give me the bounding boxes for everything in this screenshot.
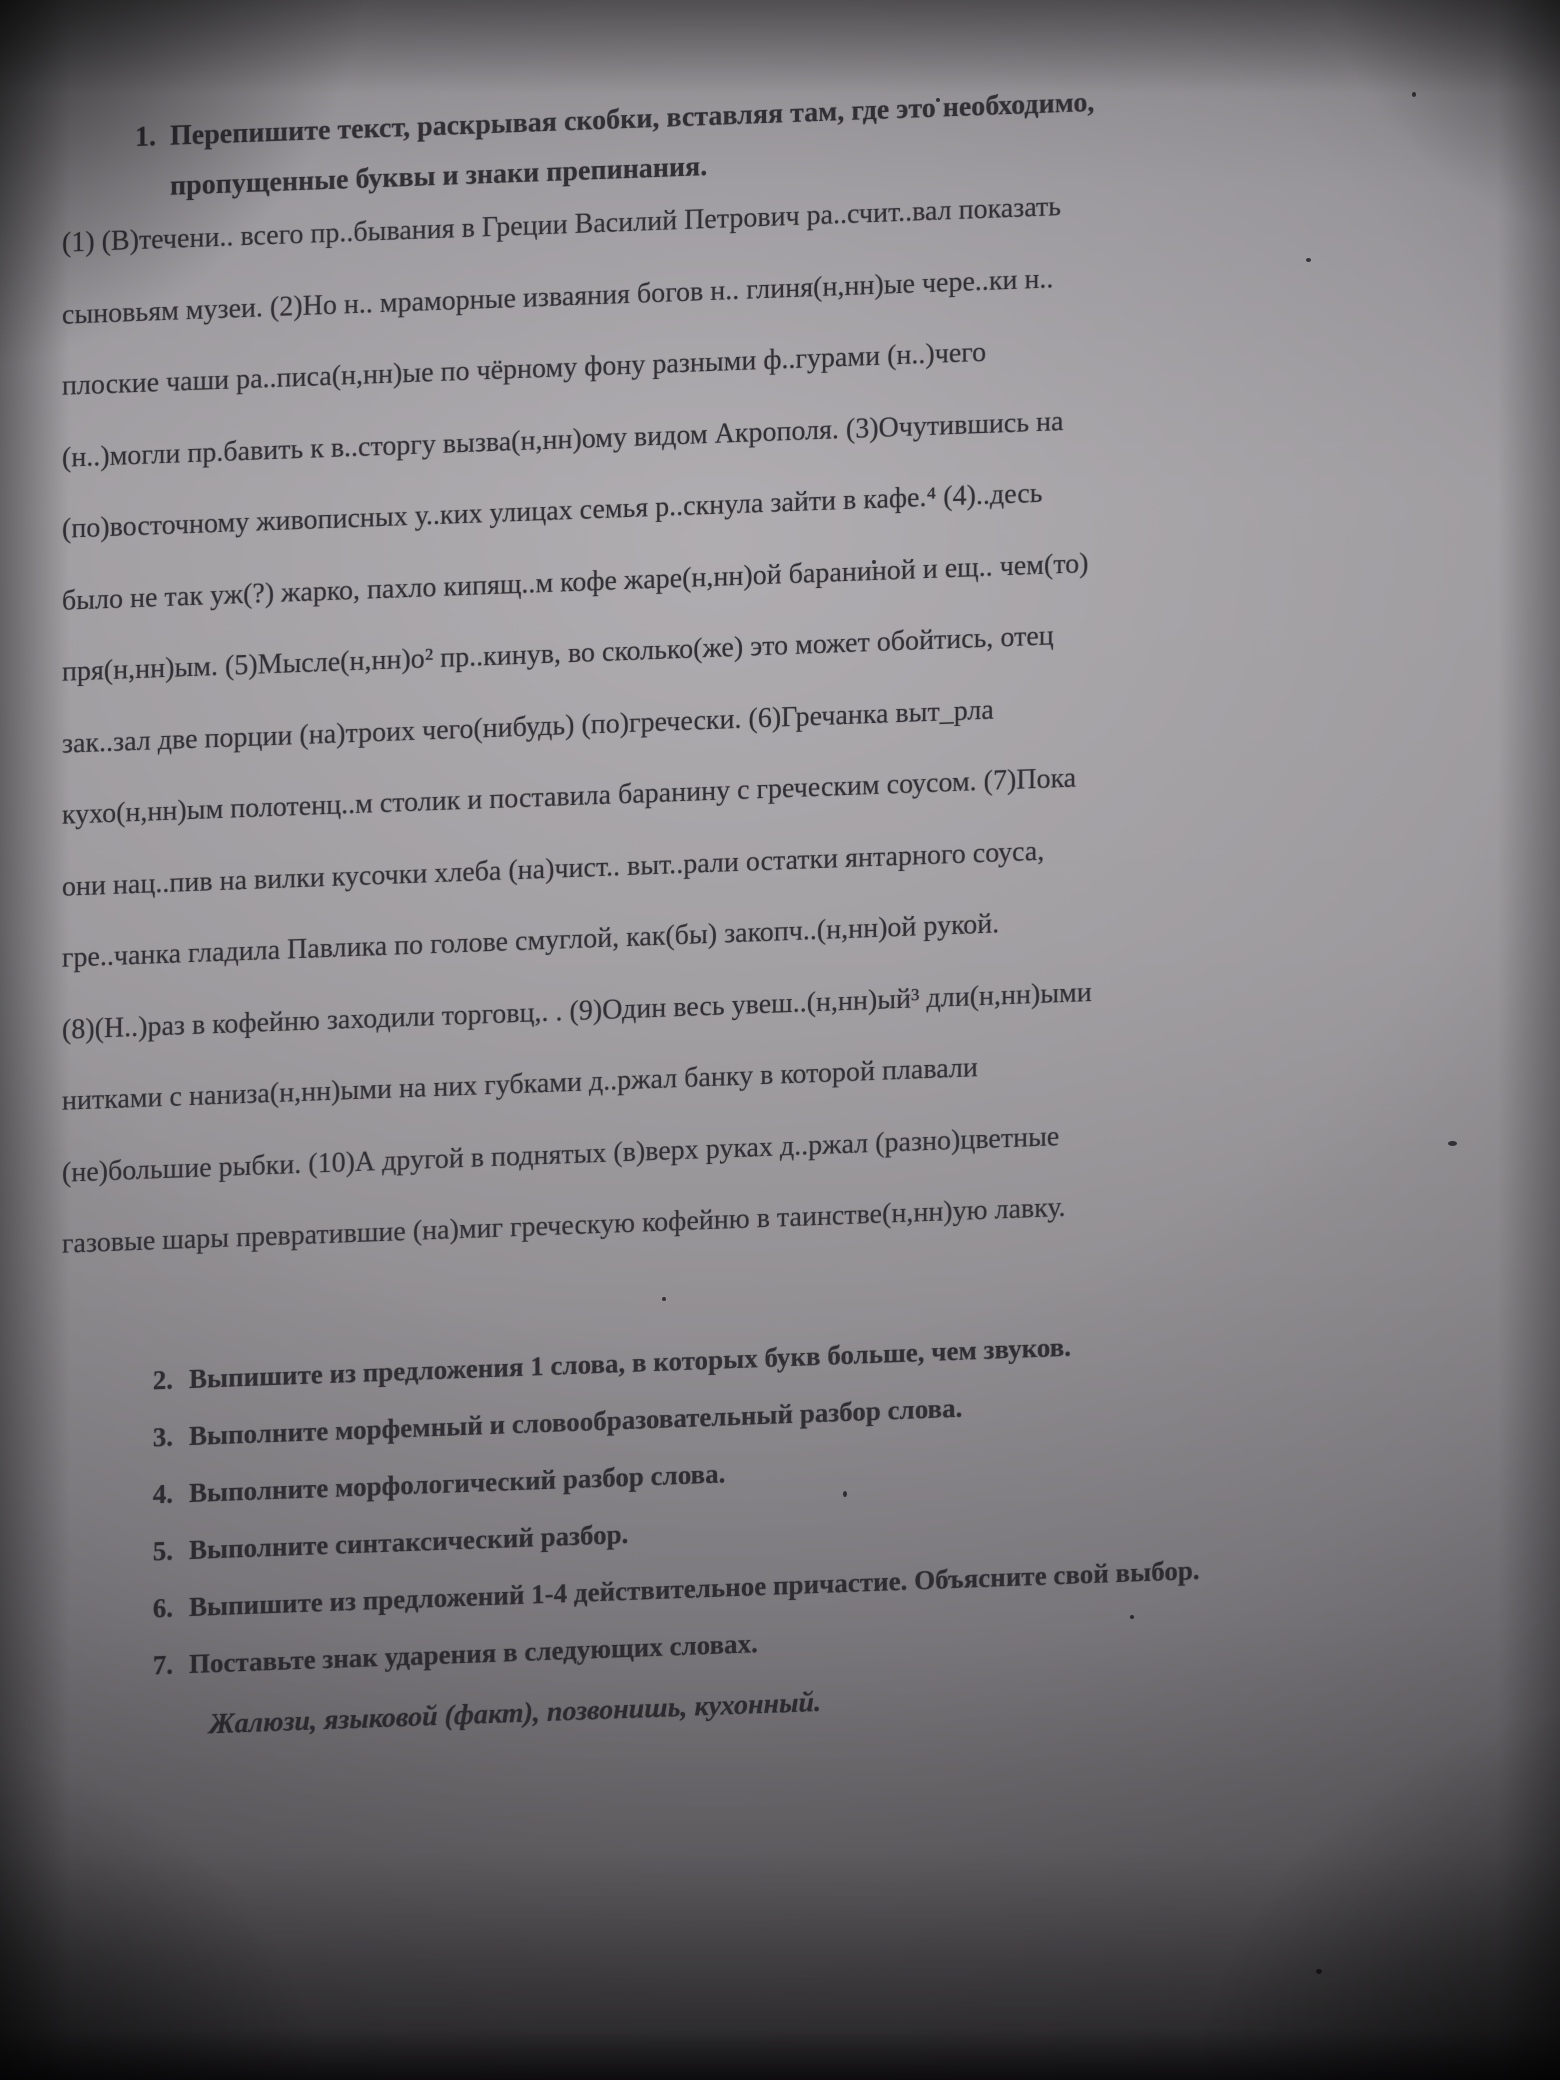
dust-speck [1412, 92, 1416, 97]
dictation-text: (1) (В)течени.. всего пр..бывания в Грец… [62, 170, 1092, 1280]
task-number: 5. [143, 1523, 173, 1581]
dust-speck [662, 1297, 666, 1301]
dust-speck [936, 98, 940, 102]
dust-speck [1448, 1141, 1457, 1146]
dust-speck [1316, 1969, 1322, 1974]
task-number: 7. [143, 1637, 173, 1695]
exercise-1-number: 1. [135, 112, 156, 213]
dust-speck [872, 560, 876, 564]
dust-speck [1306, 258, 1311, 262]
task-number: 4. [143, 1466, 173, 1524]
task-number: 2. [143, 1352, 173, 1410]
photographed-worksheet: 1. Перепишите текст, раскрывая скобки, в… [0, 0, 1560, 2080]
task-list: 2. Выпишите из предложения 1 слова, в ко… [143, 1314, 1200, 1756]
dust-speck [1130, 1615, 1134, 1619]
dust-speck [843, 1491, 847, 1497]
task-number: 6. [143, 1580, 173, 1638]
task-number: 3. [143, 1409, 173, 1467]
worksheet-content: 1. Перепишите текст, раскрывая скобки, в… [0, 0, 1560, 2080]
